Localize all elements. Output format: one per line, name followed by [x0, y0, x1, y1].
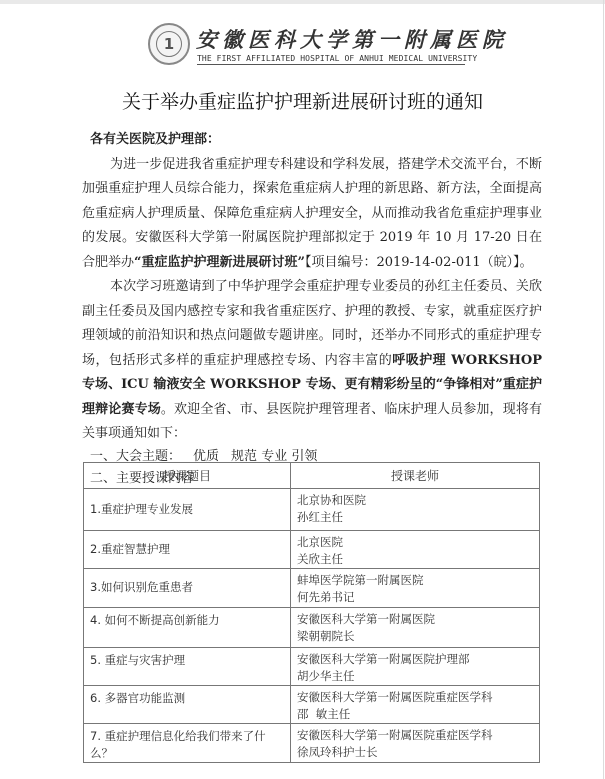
table-row: 2.重症智慧护理 北京医院关欣主任: [84, 531, 540, 569]
paragraph-1: 为进一步促进我省重症护理专科建设和学科发展，搭建学术交流平台，不断加强重症护理人…: [82, 153, 542, 276]
hospital-logo-icon: 1: [148, 23, 190, 65]
course-topic: 2.重症智慧护理: [84, 531, 291, 569]
teacher-name: 胡少华主任: [297, 668, 533, 685]
teacher-institution: 安徽医科大学第一附属医院护理部: [297, 651, 533, 668]
page-top-edge: [0, 0, 605, 4]
teacher-name: 孙红主任: [297, 509, 533, 526]
teacher-institution: 蚌埠医学院第一附属医院: [297, 572, 533, 589]
hospital-name-chinese: 安徽医科大学第一附属医院: [196, 24, 466, 54]
header-teacher: 授课老师: [291, 463, 540, 489]
hospital-name-english: THE FIRST AFFILIATED HOSPITAL OF ANHUI M…: [197, 54, 465, 65]
course-teacher: 蚌埠医学院第一附属医院何先弟书记: [291, 569, 540, 608]
course-teacher: 安徽医科大学第一附属医院护理部胡少华主任: [291, 648, 540, 686]
paragraph-2: 本次学习班邀请到了中华护理学会重症护理专业委员的孙红主任委员、关欣副主任委员及国…: [82, 275, 542, 447]
teacher-institution: 北京医院: [297, 534, 533, 551]
header-topic: 授课题目: [84, 463, 291, 489]
teacher-name: 邵 敏主任: [297, 706, 533, 723]
teacher-institution: 安徽医科大学第一附属医院重症医学科: [297, 689, 533, 706]
table-row: 1.重症护理专业发展 北京协和医院孙红主任: [84, 489, 540, 531]
document-title: 关于举办重症监护护理新进展研讨班的通知: [0, 87, 605, 114]
letterhead: 1 安徽医科大学第一附属医院 THE FIRST AFFILIATED HOSP…: [148, 23, 468, 71]
course-teacher: 安徽医科大学第一附属医院梁朝朝院长: [291, 608, 540, 648]
course-topic: 5. 重症与灾害护理: [84, 648, 291, 686]
teacher-name: 梁朝朝院长: [297, 628, 533, 645]
table-row: 6. 多器官功能监测 安徽医科大学第一附属医院重症医学科邵 敏主任: [84, 686, 540, 724]
course-topic: 4. 如何不断提高创新能力: [84, 608, 291, 648]
table-row: 7. 重症护理信息化给我们带来了什么？ 安徽医科大学第一附属医院重症医学科徐凤玲…: [84, 724, 540, 763]
workshop-name: “重症监护护理新进展研讨班”: [134, 255, 305, 270]
course-teacher: 安徽医科大学第一附属医院重症医学科邵 敏主任: [291, 686, 540, 724]
teacher-institution: 安徽医科大学第一附属医院重症医学科: [297, 727, 533, 744]
course-teacher: 北京协和医院孙红主任: [291, 489, 540, 531]
table-header-row: 授课题目 授课老师: [84, 463, 540, 489]
course-teacher: 安徽医科大学第一附属医院重症医学科徐凤玲科护士长: [291, 724, 540, 763]
table-row: 4. 如何不断提高创新能力 安徽医科大学第一附属医院梁朝朝院长: [84, 608, 540, 648]
teacher-name: 何先弟书记: [297, 589, 533, 606]
teacher-institution: 北京协和医院: [297, 492, 533, 509]
project-number: 【项目编号：2019-14-02-011（皖）】。: [305, 255, 533, 270]
course-topic: 7. 重症护理信息化给我们带来了什么？: [84, 724, 291, 763]
logo-emblem: 1: [156, 31, 182, 57]
teacher-name: 关欣主任: [297, 551, 533, 568]
teacher-institution: 安徽医科大学第一附属医院: [297, 611, 533, 628]
course-topic: 3.如何识别危重患者: [84, 569, 291, 608]
paragraph-1-text-a: 为进一步促进我省重症护理专科建设和学科发展，搭建学术交流平台，不断加强重症护理人…: [82, 157, 542, 270]
courses-table: 授课题目 授课老师 1.重症护理专业发展 北京协和医院孙红主任 2.重症智慧护理…: [83, 462, 540, 763]
page-right-edge: [603, 0, 604, 779]
salutation: 各有关医院及护理部：: [82, 128, 542, 153]
course-teacher: 北京医院关欣主任: [291, 531, 540, 569]
course-topic: 1.重症护理专业发展: [84, 489, 291, 531]
course-topic: 6. 多器官功能监测: [84, 686, 291, 724]
document-body: 各有关医院及护理部： 为进一步促进我省重症护理专科建设和学科发展，搭建学术交流平…: [82, 128, 542, 491]
teacher-name: 徐凤玲科护士长: [297, 744, 533, 761]
table-row: 3.如何识别危重患者 蚌埠医学院第一附属医院何先弟书记: [84, 569, 540, 608]
table-row: 5. 重症与灾害护理 安徽医科大学第一附属医院护理部胡少华主任: [84, 648, 540, 686]
